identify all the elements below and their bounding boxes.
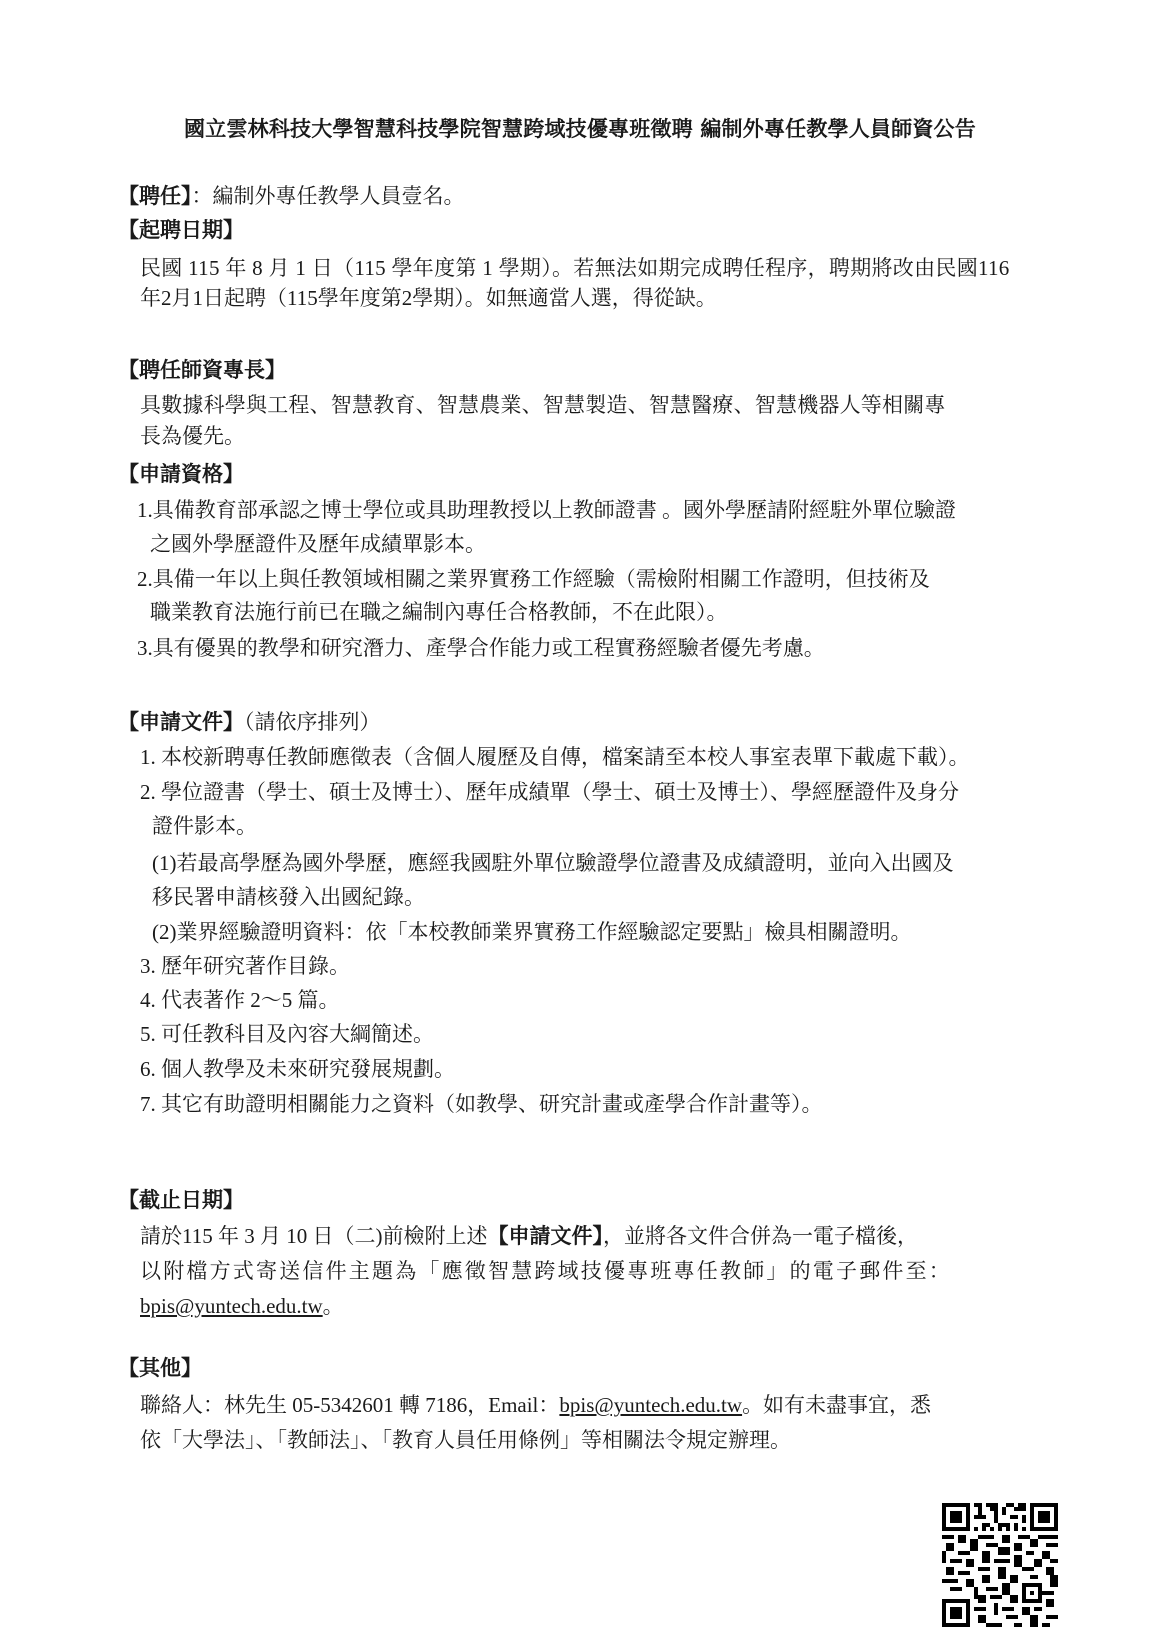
deadline-email-link[interactable]: bpis@yuntech.edu.tw: [140, 1294, 323, 1318]
item-text: 本校新聘專任教師應徵表（含個人履歷及自傳，檔案請至本校人事室表單下載處下載）。: [161, 745, 970, 769]
deadline-line-3: bpis@yuntech.edu.tw。: [140, 1292, 344, 1320]
document-item-1: 1. 本校新聘專任教師應徵表（含個人履歷及自傳，檔案請至本校人事室表單下載處下載…: [140, 743, 970, 771]
item-text: 個人教學及未來研究發展規劃。: [161, 1057, 455, 1081]
document-subitem-2: (2)業界經驗證明資料：依「本校教師業界實務工作經驗認定要點」檢具相關證明。: [152, 918, 912, 946]
document-item-3: 3. 歷年研究著作目錄。: [140, 952, 350, 980]
deadline-header: 【截止日期】: [118, 1186, 244, 1214]
item-text: 具有優異的教學和研究潛力、產學合作能力或工程實務經驗者優先考慮。: [153, 636, 825, 660]
item-text: 其它有助證明相關能力之資料（如教學、研究計畫或產學合作計畫等）。: [161, 1092, 823, 1116]
document-item-4: 4. 代表著作 2～5 篇。: [140, 986, 340, 1014]
deadline-text-pre: 請於115 年 3 月 10 日（二)前檢附上述: [140, 1224, 487, 1248]
item-number: 2.: [140, 780, 156, 804]
item-text: 若最高學歷為國外學歷，應經我國駐外單位驗證學位證書及成績證明，並向入出國及: [177, 851, 954, 875]
item-number: 7.: [140, 1092, 156, 1116]
start-date-line-1: 民國 115 年 8 月 1 日（115 學年度第 1 學期）。若無法如期完成聘…: [140, 254, 1010, 282]
document-item-5: 5. 可任教科目及內容大綱簡述。: [140, 1020, 434, 1048]
qualifications-header: 【申請資格】: [118, 460, 244, 488]
contact-text-post: 。如有未盡事宜，悉: [742, 1393, 931, 1417]
documents-section: 【申請文件】（請依序排列）: [118, 708, 381, 736]
item-number: 3.: [137, 636, 153, 660]
item-number: 1.: [140, 745, 156, 769]
item-number: (2): [152, 920, 177, 944]
document-item-2: 2. 學位證書（學士、碩士及博士）、歷年成績單（學士、碩士及博士）、學經歷證件及…: [140, 778, 959, 806]
start-date-line-2: 年2月1日起聘（115學年度第2學期）。如無適當人選，得從缺。: [140, 284, 717, 312]
appointment-header: 【聘任】: [118, 184, 192, 208]
deadline-line-2: 以附檔方式寄送信件主題為「應徵智慧跨域技優專班專任教師」的電子郵件至：: [140, 1257, 952, 1285]
other-line-1: 聯絡人：林先生 05-5342601 轉 7186，Email：bpis@yun…: [140, 1391, 931, 1419]
qualification-item-2-cont: 職業教育法施行前已在職之編制內專任合格教師，不在此限）。: [150, 598, 728, 626]
document-subitem-1: (1)若最高學歷為國外學歷，應經我國駐外單位驗證學位證書及成績證明，並向入出國及: [152, 849, 954, 877]
document-subitem-1-cont: 移民署申請核發入出國紀錄。: [152, 883, 425, 911]
appointment-text: ：編制外專任教學人員壹名。: [192, 184, 465, 208]
item-number: 5.: [140, 1022, 156, 1046]
qualification-item-1: 1.具備教育部承認之博士學位或具助理教授以上教師證書 。國外學歷請附經駐外單位驗…: [137, 496, 956, 524]
deadline-text-post: ，並將各文件合併為一電子檔後，: [603, 1224, 918, 1248]
qualification-item-3: 3.具有優異的教學和研究潛力、產學合作能力或工程實務經驗者優先考慮。: [137, 634, 825, 662]
appointment-section: 【聘任】：編制外專任教學人員壹名。: [118, 182, 465, 210]
qr-code-icon: [942, 1503, 1058, 1627]
deadline-documents-ref: 【申請文件】: [487, 1224, 603, 1248]
documents-header: 【申請文件】: [118, 710, 244, 734]
item-number: 3.: [140, 954, 156, 978]
item-text: 學位證書（學士、碩士及博士）、歷年成績單（學士、碩士及博士）、學經歷證件及身分: [161, 780, 959, 804]
qualification-item-2: 2.具備一年以上與任教領域相關之業界實務工作經驗（需檢附相關工作證明，但技術及: [137, 565, 930, 593]
qualification-item-1-cont: 之國外學歷證件及歷年成績單影本。: [150, 530, 486, 558]
document-item-6: 6. 個人教學及未來研究發展規劃。: [140, 1055, 455, 1083]
announcement-page: 國立雲林科技大學智慧科技學院智慧跨域技優專班徵聘 編制外專任教學人員師資公告 【…: [0, 0, 1160, 1650]
deadline-line-1: 請於115 年 3 月 10 日（二)前檢附上述【申請文件】，並將各文件合併為一…: [140, 1222, 918, 1250]
documents-note: （請依序排列）: [244, 710, 381, 734]
expertise-line-1: 具數據科學與工程、智慧教育、智慧農業、智慧製造、智慧醫療、智慧機器人等相關專: [140, 391, 946, 419]
contact-text: 聯絡人：林先生 05-5342601 轉 7186，Email：: [140, 1393, 559, 1417]
start-date-header: 【起聘日期】: [118, 216, 244, 244]
other-line-2: 依「大學法」、「教師法」、「教育人員任用條例」等相關法令規定辦理。: [140, 1426, 791, 1454]
item-number: 4.: [140, 988, 156, 1012]
other-header: 【其他】: [118, 1354, 202, 1382]
deadline-email-suffix: 。: [323, 1294, 344, 1318]
document-item-2-cont: 證件影本。: [152, 812, 257, 840]
page-title: 國立雲林科技大學智慧科技學院智慧跨域技優專班徵聘 編制外專任教學人員師資公告: [0, 113, 1160, 143]
item-number: 2.: [137, 567, 153, 591]
item-text: 業界經驗證明資料：依「本校教師業界實務工作經驗認定要點」檢具相關證明。: [177, 920, 912, 944]
item-number: 1.: [137, 498, 153, 522]
item-text: 歷年研究著作目錄。: [161, 954, 350, 978]
contact-email-link[interactable]: bpis@yuntech.edu.tw: [559, 1393, 742, 1417]
document-item-7: 7. 其它有助證明相關能力之資料（如教學、研究計畫或產學合作計畫等）。: [140, 1090, 823, 1118]
expertise-header: 【聘任師資專長】: [118, 356, 286, 384]
item-text: 代表著作 2～5 篇。: [161, 988, 340, 1012]
item-text: 可任教科目及內容大綱簡述。: [161, 1022, 434, 1046]
item-number: (1): [152, 851, 177, 875]
item-text: 具備一年以上與任教領域相關之業界實務工作經驗（需檢附相關工作證明，但技術及: [153, 567, 930, 591]
item-text: 具備教育部承認之博士學位或具助理教授以上教師證書 。國外學歷請附經駐外單位驗證: [153, 498, 956, 522]
item-number: 6.: [140, 1057, 156, 1081]
expertise-line-2: 長為優先。: [140, 422, 245, 450]
